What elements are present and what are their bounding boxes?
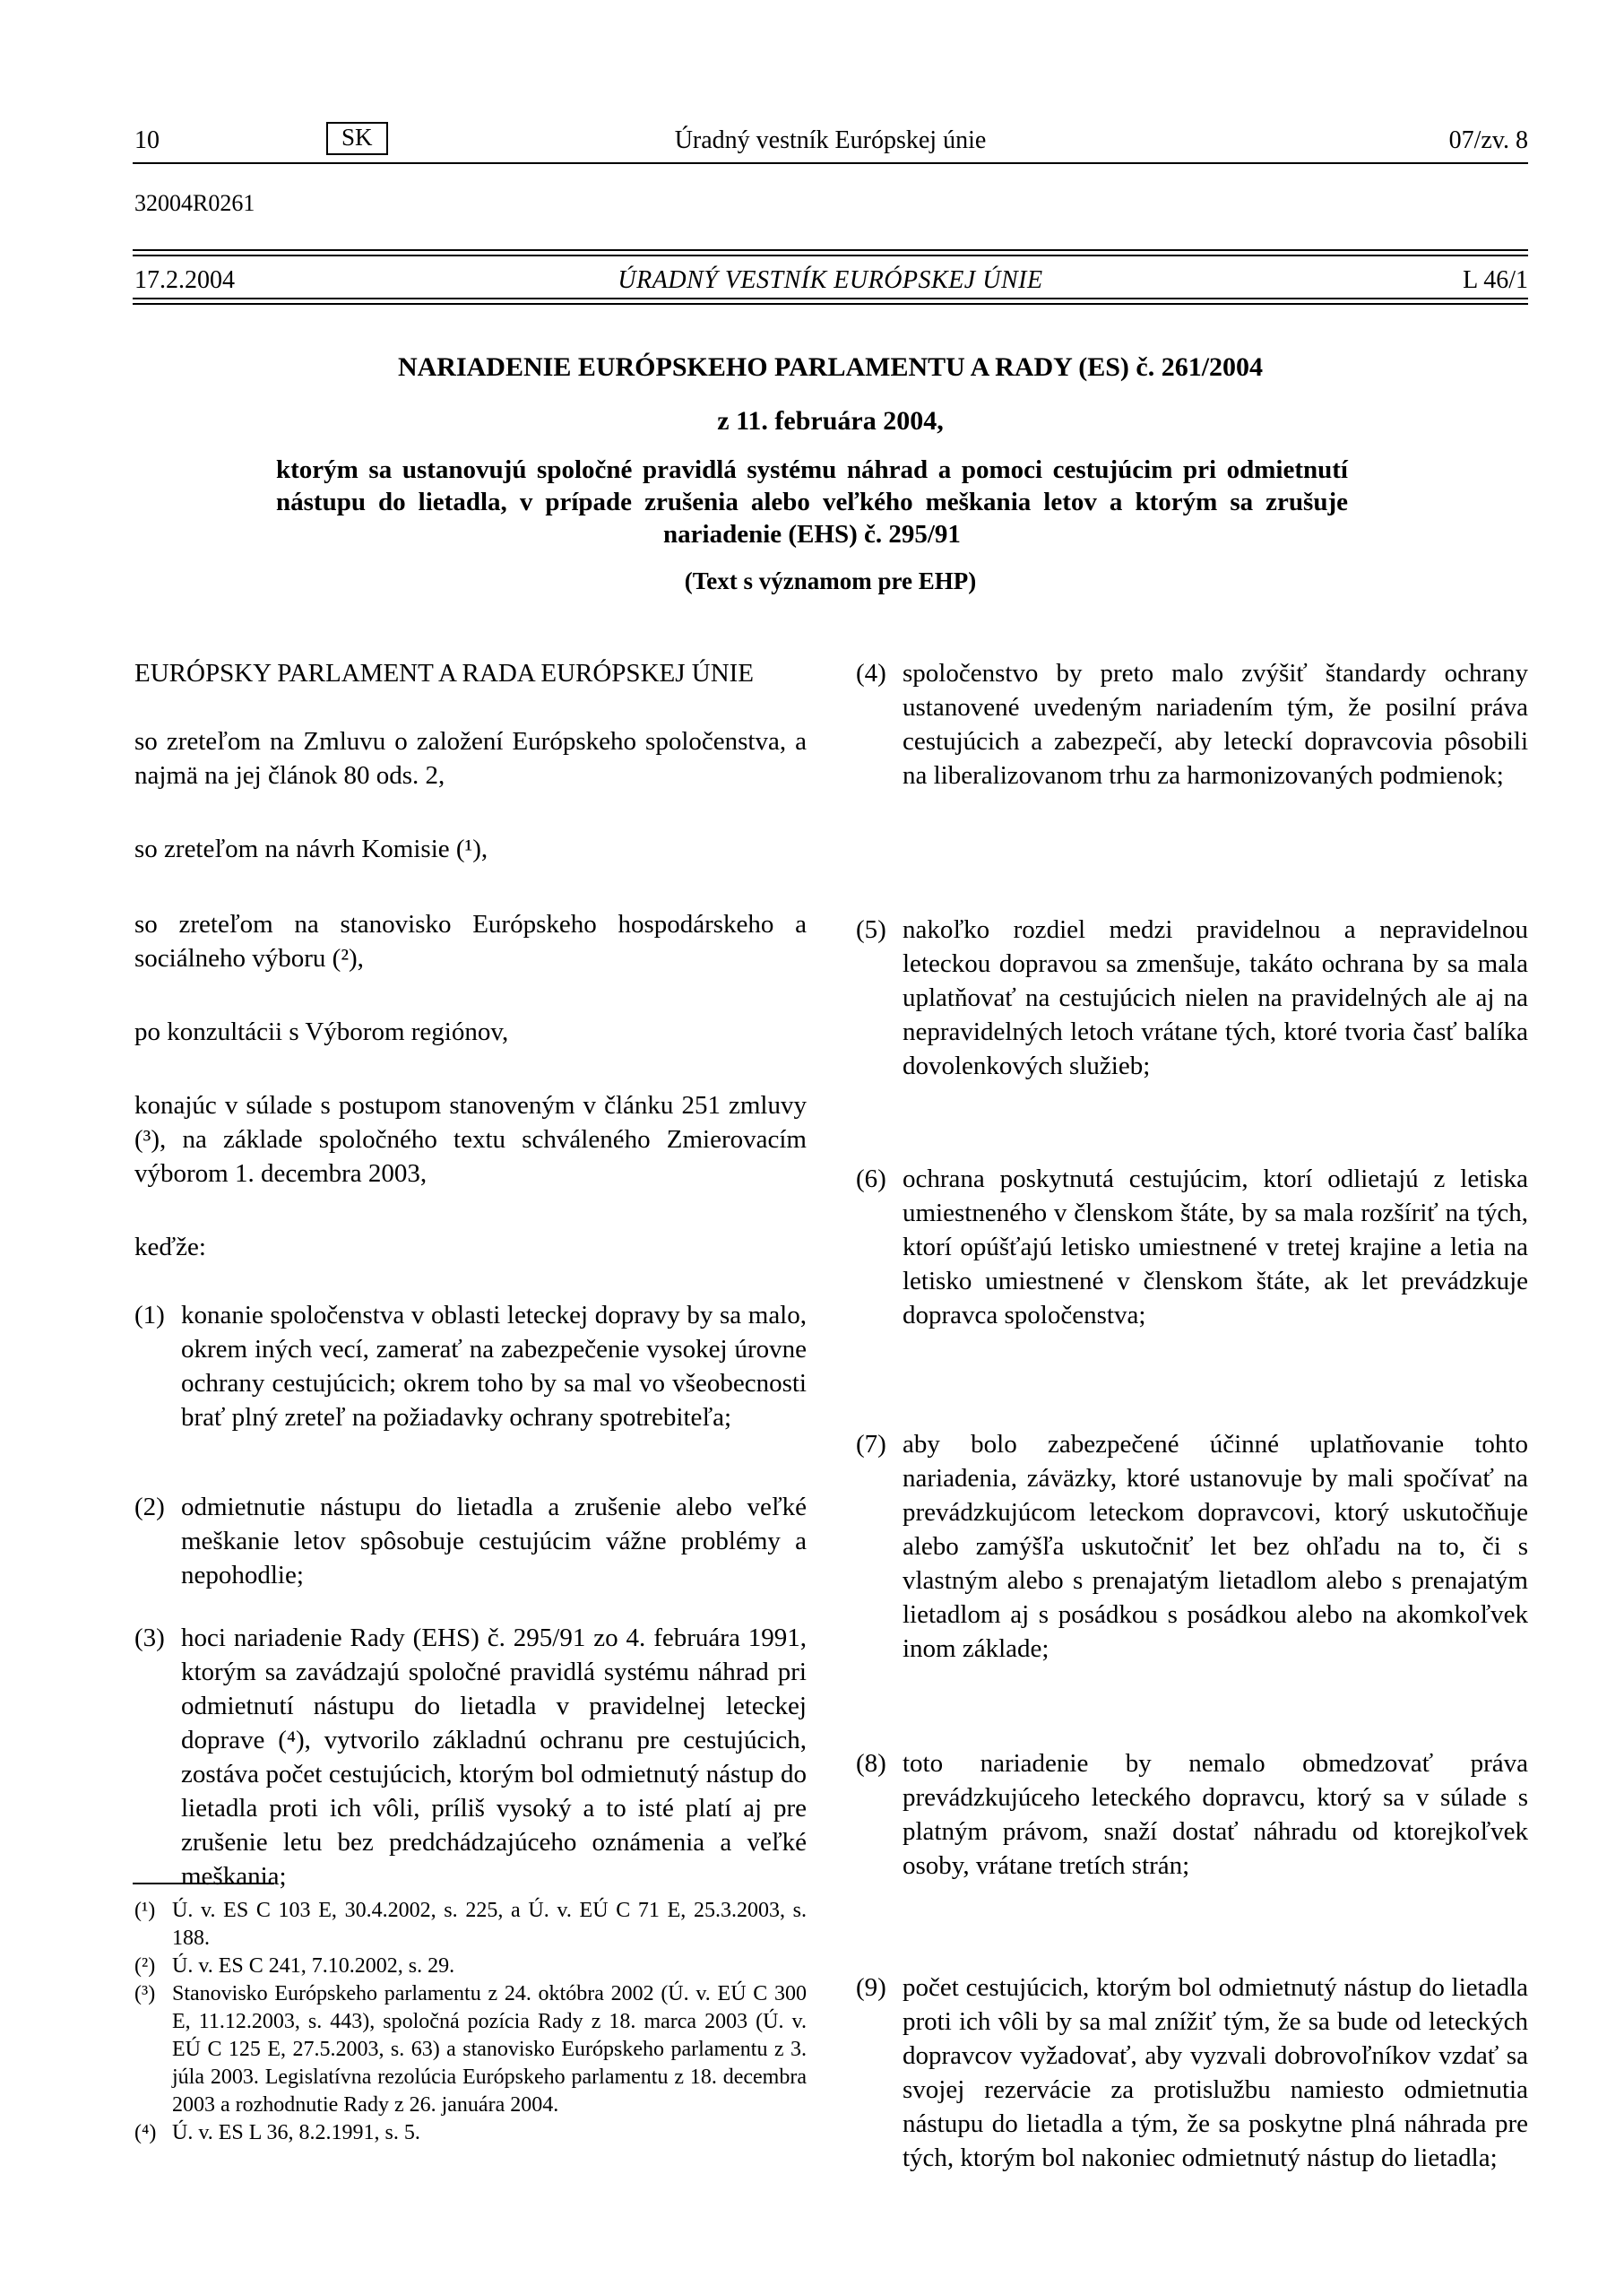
footnote-text: Ú. v. ES C 103 E, 30.4.2002, s. 225, a Ú… <box>172 1899 807 1950</box>
recital-text: aby bolo zabezpečené účinné uplatňovanie… <box>903 1427 1528 1666</box>
citation: konajúc v súlade s postupom stanoveným v… <box>134 1088 807 1191</box>
citation: so zreteľom na stanovisko Európskeho hos… <box>134 907 807 975</box>
recital-9: (9) počet cestujúcich, ktorým bol odmiet… <box>856 1970 1528 2175</box>
header-rule <box>133 162 1528 164</box>
celex-number: 32004R0261 <box>134 190 255 217</box>
footnote-4: (⁴) Ú. v. ES L 36, 8.2.1991, s. 5. <box>134 2119 807 2147</box>
citation: po konzultácii s Výborom regiónov, <box>134 1015 807 1049</box>
recital-text: spoločenstvo by preto malo zvýšiť štanda… <box>903 656 1528 792</box>
footnote-marker: (¹) <box>134 1897 155 1925</box>
recital-text: hoci nariadenie Rady (EHS) č. 295/91 zo … <box>181 1621 807 1893</box>
double-rule-bottom <box>133 298 1528 305</box>
recital-5: (5) nakoľko rozdiel medzi pravidelnou a … <box>856 913 1528 1083</box>
recital-4: (4) spoločenstvo by preto malo zvýšiť št… <box>856 656 1528 792</box>
recital-number: (1) <box>134 1298 181 1434</box>
recital-text: odmietnutie nástupu do lietadla a zrušen… <box>181 1490 807 1592</box>
oj-reference: L 46/1 <box>1463 265 1528 296</box>
footnote-text: Stanovisko Európskeho parlamentu z 24. o… <box>172 1982 807 2117</box>
ehp-note: (Text s významom pre EHP) <box>133 567 1528 595</box>
journal-page: { "page_header": { "page_number": "10", … <box>0 0 1624 2295</box>
recital-number: (2) <box>134 1490 181 1592</box>
footnote-marker: (²) <box>134 1953 155 1980</box>
recital-1: (1) konanie spoločenstva v oblasti letec… <box>134 1298 807 1434</box>
recital-text: počet cestujúcich, ktorým bol odmietnutý… <box>903 1970 1528 2175</box>
recital-7: (7) aby bolo zabezpečené účinné uplatňov… <box>856 1427 1528 1666</box>
recital-number: (7) <box>856 1427 903 1666</box>
recital-number: (3) <box>134 1621 181 1893</box>
recital-3: (3) hoci nariadenie Rady (EHS) č. 295/91… <box>134 1621 807 1893</box>
double-rule-top <box>133 249 1528 256</box>
footnote-separator <box>133 1883 274 1884</box>
volume-reference: 07/zv. 8 <box>1449 126 1528 156</box>
footnote-block: (¹) Ú. v. ES C 103 E, 30.4.2002, s. 225,… <box>134 1897 807 2147</box>
recital-6: (6) ochrana poskytnutá cestujúcim, ktorí… <box>856 1162 1528 1332</box>
footnote-3: (³) Stanovisko Európskeho parlamentu z 2… <box>134 1980 807 2119</box>
recital-number: (6) <box>856 1162 903 1332</box>
journal-title-running: Úradný vestník Európskej únie <box>133 126 1528 156</box>
recital-text: konanie spoločenstva v oblasti leteckej … <box>181 1298 807 1434</box>
act-date-line: z 11. februára 2004, <box>133 405 1528 437</box>
recitals-intro: keďže: <box>134 1230 807 1264</box>
act-subtitle: ktorým sa ustanovujú spoločné pravidlá s… <box>276 454 1348 550</box>
citation: so zreteľom na návrh Komisie (¹), <box>134 832 807 866</box>
recital-2: (2) odmietnutie nástupu do lietadla a zr… <box>134 1490 807 1592</box>
footnote-1: (¹) Ú. v. ES C 103 E, 30.4.2002, s. 225,… <box>134 1897 807 1953</box>
recital-8: (8) toto nariadenie by nemalo obmedzovať… <box>856 1746 1528 1883</box>
oj-title: ÚRADNÝ VESTNÍK EURÓPSKEJ ÚNIE <box>133 265 1528 296</box>
recital-number: (5) <box>856 913 903 1083</box>
footnote-2: (²) Ú. v. ES C 241, 7.10.2002, s. 29. <box>134 1953 807 1980</box>
recital-text: nakoľko rozdiel medzi pravidelnou a nepr… <box>903 913 1528 1083</box>
recital-text: ochrana poskytnutá cestujúcim, ktorí odl… <box>903 1162 1528 1332</box>
recital-number: (4) <box>856 656 903 792</box>
recital-number: (9) <box>856 1970 903 2175</box>
recital-number: (8) <box>856 1746 903 1883</box>
citation: so zreteľom na Zmluvu o založení Európsk… <box>134 724 807 792</box>
recital-text: toto nariadenie by nemalo obmedzovať prá… <box>903 1746 1528 1883</box>
act-title: NARIADENIE EURÓPSKEHO PARLAMENTU A RADY … <box>133 351 1528 384</box>
footnote-text: Ú. v. ES L 36, 8.2.1991, s. 5. <box>172 2121 420 2144</box>
footnote-marker: (⁴) <box>134 2119 156 2147</box>
footnote-marker: (³) <box>134 1980 155 2008</box>
footnote-text: Ú. v. ES C 241, 7.10.2002, s. 29. <box>172 1954 454 1978</box>
preamble-opening: EURÓPSKY PARLAMENT A RADA EURÓPSKEJ ÚNIE <box>134 656 807 690</box>
